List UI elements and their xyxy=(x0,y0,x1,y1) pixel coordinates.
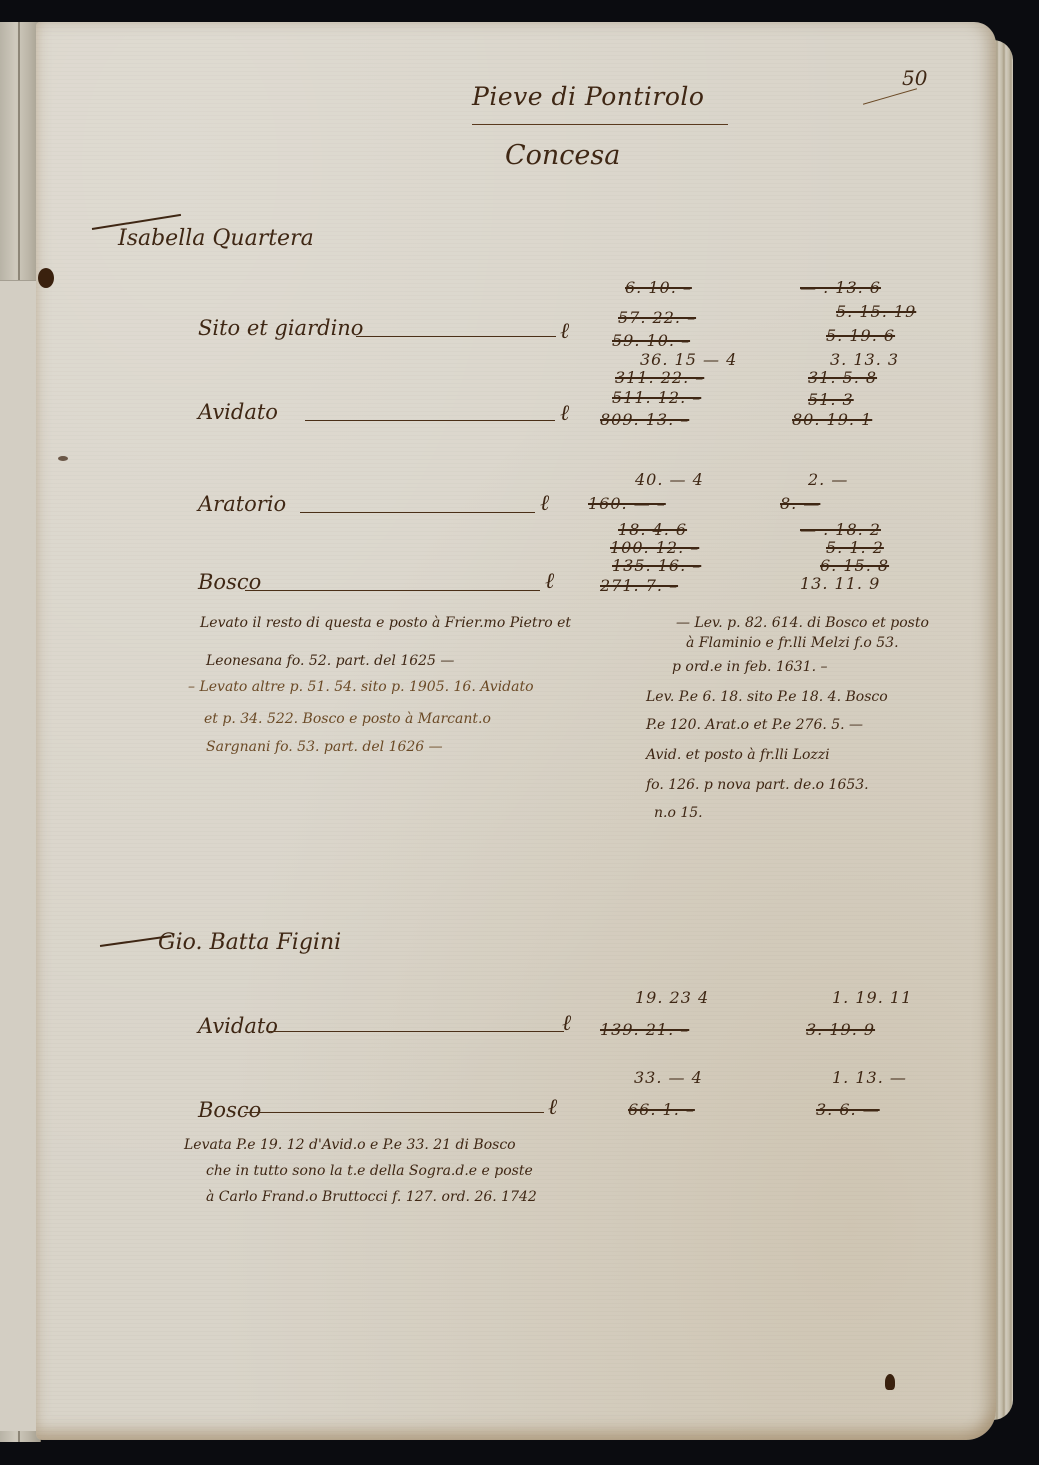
row-label-bosco: Bosco xyxy=(198,1098,261,1122)
annotation-line: che in tutto sono la t.e della Sogra.d.e… xyxy=(206,1160,533,1182)
share: 1. 13. — xyxy=(832,1068,907,1087)
share: 3. 6. — xyxy=(816,1100,880,1119)
lira-mark: ℓ xyxy=(560,400,569,426)
entry-name: Isabella Quartera xyxy=(118,226,314,251)
annotation-line: Lev. P.e 6. 18. sito P.e 18. 4. Bosco xyxy=(646,686,888,708)
row-label-avidato: Avidato xyxy=(198,400,278,424)
ink-blot-bottom xyxy=(885,1374,895,1390)
leader-line xyxy=(244,1112,544,1113)
share: 1. 19. 11 xyxy=(832,988,912,1007)
share: 5. 19. 6 xyxy=(826,326,895,345)
leader-line xyxy=(245,590,540,591)
lira-mark: ℓ xyxy=(562,1010,571,1036)
lira-mark: ℓ xyxy=(545,568,554,594)
share: 3. 13. 3 xyxy=(830,350,899,369)
amount: 18. 4. 6 xyxy=(618,520,687,539)
left-page-flap xyxy=(0,280,36,1431)
annotation-line: Levato il resto di questa e posto à Frie… xyxy=(200,612,571,634)
amount: 40. — 4 xyxy=(635,470,704,489)
amount: 135. 16. – xyxy=(612,556,701,575)
amount: 19. 23 4 xyxy=(635,988,709,1007)
lira-mark: ℓ xyxy=(540,490,549,516)
share: 80. 19. 1 xyxy=(792,410,872,429)
row-label-avidato: Avidato xyxy=(198,1014,278,1038)
share: 5. 15. 19 xyxy=(836,302,916,321)
share: 31. 5. 8 xyxy=(808,368,877,387)
annotation-line: à Flaminio e fr.lli Melzi f.o 53. xyxy=(686,632,899,654)
annotation-line: P.e 120. Arat.o et P.e 276. 5. — xyxy=(646,714,863,736)
share: — . 13. 6 xyxy=(800,278,881,297)
lira-mark: ℓ xyxy=(548,1094,557,1120)
annotation-line: à Carlo Frand.o Bruttocci f. 127. ord. 2… xyxy=(206,1186,537,1208)
share: 6. 15. 8 xyxy=(820,556,889,575)
ink-blot-left xyxy=(38,268,54,288)
share: 3. 19. 9 xyxy=(806,1020,875,1039)
share: 2. — xyxy=(808,470,848,489)
annotation-line: n.o 15. xyxy=(654,802,703,824)
amount: 160. — – xyxy=(588,494,666,513)
annotation-line: Levata P.e 19. 12 d'Avid.o e P.e 33. 21 … xyxy=(184,1134,516,1156)
amount: 36. 15 — 4 xyxy=(640,350,737,369)
share: 13. 11. 9 xyxy=(800,574,880,593)
amount: 100. 12. – xyxy=(610,538,699,557)
annotation-line: Sargnani fo. 53. part. del 1626 — xyxy=(206,736,443,758)
title-underline xyxy=(472,124,728,125)
annotation-line: Avid. et posto à fr.lli Lozzi xyxy=(646,744,830,766)
folio-number: 50 xyxy=(902,66,927,90)
annotation-line: Leonesana fo. 52. part. del 1625 — xyxy=(206,650,454,672)
page-subtitle: Concesa xyxy=(505,140,620,171)
leader-line xyxy=(305,420,555,421)
page-title: Pieve di Pontirolo xyxy=(472,82,704,111)
ink-blot-margin xyxy=(58,456,68,461)
amount: 139. 21. – xyxy=(600,1020,689,1039)
share: 8. — xyxy=(780,494,820,513)
amount: 311. 22. – xyxy=(615,368,704,387)
amount: 59. 10. – xyxy=(612,331,690,350)
leader-line xyxy=(356,336,556,337)
row-label-sito: Sito et giardino xyxy=(198,316,363,340)
entry-name: Gio. Batta Figini xyxy=(158,930,341,955)
leader-line xyxy=(300,512,535,513)
amount: 57. 22. – xyxy=(618,308,696,327)
share: 5. 1. 2 xyxy=(826,538,884,557)
lira-mark: ℓ xyxy=(560,318,569,344)
annotation-line: — Lev. p. 82. 614. di Bosco et posto xyxy=(676,612,929,634)
annotation-line: p ord.e in feb. 1631. – xyxy=(672,656,827,678)
amount: 271. 7. – xyxy=(600,576,678,595)
annotation-line: fo. 126. p nova part. de.o 1653. xyxy=(646,774,869,796)
amount: 511. 12. – xyxy=(612,388,701,407)
share: 51. 3 xyxy=(808,390,854,409)
amount: 6. 10. – xyxy=(625,278,692,297)
annotation-line: – Levato altre p. 51. 54. sito p. 1905. … xyxy=(188,676,534,698)
leader-line xyxy=(268,1031,564,1032)
amount: 33. — 4 xyxy=(634,1068,703,1087)
share: — . 18. 2 xyxy=(800,520,881,539)
amount: 809. 13. – xyxy=(600,410,689,429)
amount: 66. 1. – xyxy=(628,1100,695,1119)
annotation-line: et p. 34. 522. Bosco e posto à Marcant.o xyxy=(204,708,491,730)
row-label-aratorio: Aratorio xyxy=(198,492,286,516)
